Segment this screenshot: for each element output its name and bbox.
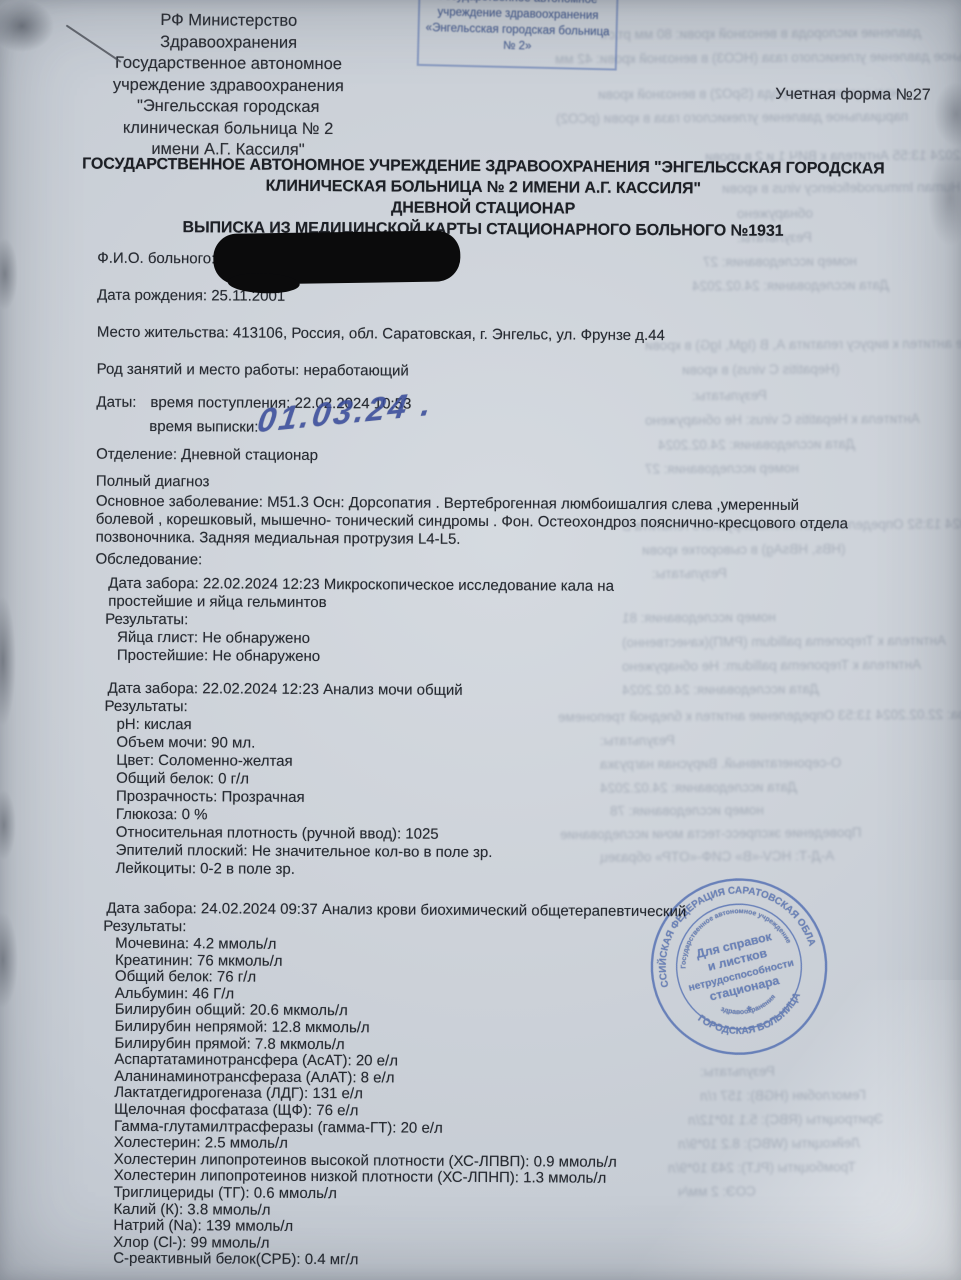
dates-label: Даты: xyxy=(96,394,136,411)
rectangular-stamp: Государственное автономноеучреждение здр… xyxy=(417,0,619,71)
document-title: ГОСУДАРСТВЕННОЕ АВТОНОМНОЕ УЧРЕЖДЕНИЕ ЗД… xyxy=(42,153,923,242)
document-body: Ф.И.О. больного: К Дата рождения: 25.11.… xyxy=(91,250,915,1273)
letterhead-line: "Энгельсская городская xyxy=(83,96,373,119)
diagnosis-text: Основное заболевание: М51.3 Осн: Дорсопа… xyxy=(96,493,854,552)
discharge-label: время выписки: xyxy=(149,418,258,436)
birth-date-field: Дата рождения: 25.11.2001 xyxy=(97,287,915,310)
result-item: С-реактивный белок(СРБ): 0.4 мг/л xyxy=(113,1251,909,1272)
test-date-line: Дата забора: 22.02.2024 12:23 Микроскопи… xyxy=(108,575,683,615)
occupation-field: Род занятий и место работы: неработающий xyxy=(97,361,915,384)
document-title-line: ВЫПИСКА ИЗ МЕДИЦИНСКОЙ КАРТЫ СТАЦИОНАРНО… xyxy=(42,216,923,242)
medical-discharge-document: РФ МинистерствоЗдравоохраненияГосударств… xyxy=(0,0,961,1280)
admission-date-row: Даты:время поступления: 22.02.2024 10:53 xyxy=(96,394,914,417)
letterhead-line: клиническая больница № 2 xyxy=(83,117,373,140)
result-item: Простейшие: Не обнаружено xyxy=(117,647,913,670)
rectangular-stamp-line: «Энгельсская городская больница № 2» xyxy=(419,20,616,57)
test-section-stool: Дата забора: 22.02.2024 12:23 Микроскопи… xyxy=(95,575,914,670)
results-list: Яйца глист: Не обнаруженоПростейшие: Не … xyxy=(95,629,913,670)
redaction-blob xyxy=(213,230,461,285)
letterhead-line: Здравоохранения xyxy=(84,31,374,54)
form-number-label: Учетная форма №27 xyxy=(775,86,930,105)
hospital-letterhead: РФ МинистерствоЗдравоохраненияГосударств… xyxy=(83,10,374,162)
letterhead-line: РФ Министерство xyxy=(84,10,374,33)
address-field: Место жительства: 413106, Россия, обл. С… xyxy=(97,324,915,347)
letterhead-line: Государственное автономное xyxy=(83,53,373,76)
diagnosis-header: Полный диагноз xyxy=(96,473,914,496)
survey-header: Обследование: xyxy=(95,551,913,574)
letterhead-line: учреждение здравоохранения xyxy=(83,74,373,97)
department-field: Отделение: Дневной стационар xyxy=(96,446,914,469)
